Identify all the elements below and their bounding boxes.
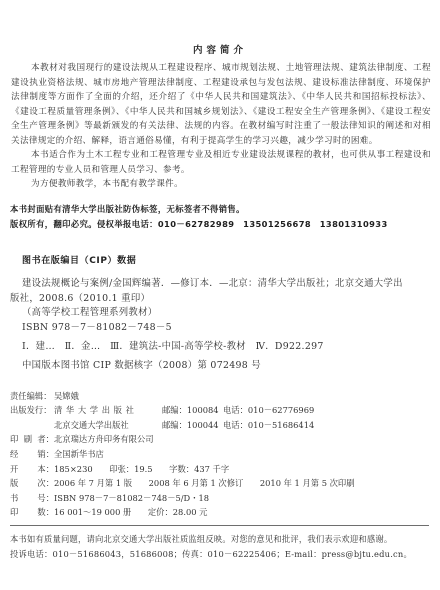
cip-classification: Ⅰ．建… Ⅱ．金… Ⅲ．建筑法-中国-高等学校-教材 Ⅳ．D922.297 [22, 338, 324, 352]
copyright-page: 内容简介 本教材对我国现行的建设法规从工程建设程序、城市规划法规、土地管理法规、… [0, 0, 440, 590]
imprint-label: 印 数： [10, 506, 54, 518]
footer-divider [10, 525, 429, 526]
anti-counterfeit-notice: 本书封面贴有清华大学出版社防伪标签，无标签者不得销售。 [10, 203, 245, 215]
imprint-value: 北京瑞达方舟印务有限公司 [54, 433, 154, 445]
publisher-postcode: 邮编：100044 [162, 419, 219, 431]
imprint-label: 责任编辑： [10, 390, 54, 402]
imprint-publisher-1: 出版发行： 清 华 大 学 出 版 社 邮编：100084 电话：010－627… [10, 404, 430, 418]
cip-heading: 图书在版编目（CIP）数据 [22, 253, 136, 266]
publisher-name: 北京交通大学出版社 [54, 419, 129, 431]
footer-contact: 投诉电话：010－51686043，51686008；传真：010－622254… [10, 548, 412, 560]
imprint-value: 吴嫦娥 [54, 390, 79, 402]
intro-paragraph-2: 本书适合作为土木工程专业和工程管理专业及相近专业建设法规课程的教材，也可供从事工… [11, 148, 431, 177]
publisher-name: 清 华 大 学 出 版 社 [54, 404, 134, 416]
publisher-phone: 电话：010－62776969 [223, 404, 314, 416]
copyright-notice: 版权所有，翻印必究。侵权举报电话：010－62782989 1350125667… [10, 218, 388, 230]
intro-paragraph-1: 本教材对我国现行的建设法规从工程建设程序、城市规划法规、土地管理法规、建筑法律制… [11, 61, 431, 149]
cip-core-number: 中国版本图书馆 CIP 数据核字（2008）第 072498 号 [22, 357, 261, 371]
imprint-value: 全国新华书店 [54, 448, 104, 460]
imprint-value: 16 001～19 000 册 定价：28.00 元 [54, 506, 207, 518]
publisher-postcode: 邮编：100084 [162, 404, 219, 416]
imprint-label: 版 次： [10, 477, 54, 489]
publisher-phone: 电话：010－51686414 [223, 419, 314, 431]
imprint-label: 出版发行： [10, 404, 54, 416]
imprint-label: 经 销： [10, 448, 54, 460]
imprint-value: 2006 年 7 月第 1 版 2008 年 6 月第 1 次修订 2010 年… [54, 477, 355, 489]
cip-entry-line-1: 建设法规概论与案例/金国辉编著．—修订本．—北京：清华大学出版社；北京交通大学出 [22, 275, 403, 289]
cip-entry-line-2: 版社，2008.6（2010.1 重印） [10, 290, 150, 304]
imprint-label: 印 刷 者： [10, 433, 54, 445]
intro-title: 内容简介 [0, 42, 440, 56]
imprint-value: 185×230 印张：19.5 字数：437 千字 [54, 463, 229, 475]
intro-paragraph-3: 为方便教师教学，本书配有教学课件。 [11, 177, 431, 192]
imprint-label: 书 号： [10, 492, 54, 504]
footer-feedback: 本书如有质量问题，请向北京交通大学出版社质监组反映。对您的意见和批评，我们表示欢… [10, 533, 392, 545]
cip-isbn: ISBN 978－7－81082－748－5 [22, 319, 172, 333]
imprint-label: 开 本： [10, 463, 54, 475]
cip-series: （高等学校工程管理系列教材） [22, 304, 157, 318]
imprint-value: ISBN 978－7－81082－748－5/D・18 [54, 492, 209, 504]
imprint-publisher-2: 北京交通大学出版社 邮编：100044 电话：010－51686414 [10, 419, 430, 433]
